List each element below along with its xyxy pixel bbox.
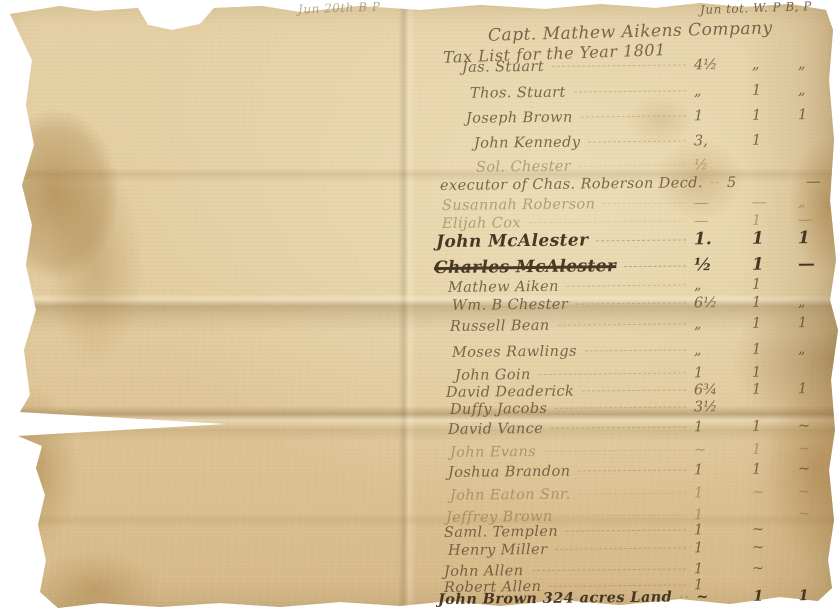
- tax-value-col2: 1: [752, 418, 798, 434]
- taxpayer-name: Moses Rawlings: [452, 344, 577, 361]
- taxpayer-name: John Evans: [450, 444, 536, 461]
- tax-value-col1: „: [694, 277, 752, 294]
- tax-value-col3: „: [798, 56, 832, 72]
- tax-value-col1: 6¾: [694, 382, 752, 399]
- tax-row: Wm. B Chester 6½ 1 „: [430, 294, 832, 318]
- tax-value-col3: 1: [798, 315, 832, 331]
- tax-list: Jas. Stuart 4½ „ „ Thos. Stuart „ 1 „ Jo…: [0, 0, 840, 611]
- leader-line: [555, 547, 686, 549]
- leader-line: [588, 140, 686, 142]
- tax-value-col2: 1: [753, 587, 798, 604]
- leader-line: [539, 372, 686, 375]
- tax-value-col2: 1: [752, 132, 798, 148]
- tax-value-col2: 1: [752, 254, 798, 274]
- tax-value-col3: „: [798, 294, 832, 310]
- tax-row: John Brown 324 acres Land ~ 1 1: [430, 587, 832, 611]
- leader-line: [544, 449, 686, 451]
- tax-value-col1: 1: [694, 365, 752, 382]
- taxpayer-name: Jas. Stuart: [462, 59, 544, 76]
- tax-value-col2: 1: [752, 107, 798, 123]
- tax-value-col3: —: [798, 254, 832, 274]
- leader-line: [596, 239, 686, 241]
- leader-line: [558, 323, 686, 325]
- taxpayer-name: John Allen: [444, 563, 524, 580]
- leader-line: [574, 90, 686, 92]
- tax-row: David Vance 1 1 ~: [430, 418, 832, 442]
- tax-value-col3: —: [798, 212, 832, 228]
- tax-value-col3: ~: [798, 441, 832, 457]
- taxpayer-name: Sol. Chester: [476, 159, 571, 176]
- leader-line: [566, 529, 686, 531]
- tax-value-col1: 1: [694, 485, 752, 502]
- leader-line: [531, 568, 686, 571]
- tax-value-col3: 1: [798, 228, 832, 248]
- taxpayer-name: Russell Bean: [450, 318, 550, 335]
- tax-value-col2: 1: [752, 315, 798, 331]
- taxpayer-name: John Goin: [455, 367, 531, 384]
- leader-line: [603, 202, 686, 204]
- tax-value-col3: „: [798, 194, 832, 210]
- leader-line: [582, 389, 686, 391]
- tax-value-col1: 6½: [694, 295, 752, 312]
- leader-line: [552, 64, 686, 66]
- tax-value-col2: 1: [752, 276, 798, 292]
- taxpayer-name: Joshua Brandon: [448, 464, 571, 481]
- tax-value-col2: ~: [752, 539, 798, 555]
- taxpayer-name: Henry Miller: [448, 542, 548, 559]
- tax-value-col2: 1: [752, 381, 798, 397]
- tax-row: Russell Bean „ 1 1: [430, 315, 832, 339]
- tax-row: Moses Rawlings „ 1 „: [430, 341, 832, 365]
- taxpayer-name: John McAlester: [436, 230, 589, 252]
- tax-value-col1: ½: [694, 255, 752, 276]
- tax-value-col1: 4½: [694, 57, 752, 74]
- tax-row: Charles McAlester ½ 1 —: [430, 254, 832, 278]
- tax-row: Thos. Stuart „ 1 „: [430, 82, 832, 106]
- taxpayer-name: David Vance: [448, 421, 543, 438]
- leader-line: [555, 406, 686, 408]
- leader-line: [567, 284, 686, 286]
- tax-value-col3: 1: [798, 381, 832, 397]
- taxpayer-name: Charles McAlester: [434, 256, 616, 278]
- tax-value-col3: ~: [798, 418, 832, 434]
- leader-line: [624, 265, 686, 267]
- leader-line: [561, 514, 686, 516]
- tax-value-col3: ~: [798, 461, 832, 477]
- tax-value-col1: —: [694, 213, 752, 230]
- leader-line: [529, 220, 686, 223]
- tax-value-col3: ~: [798, 484, 832, 500]
- taxpayer-name: Joseph Brown: [466, 110, 573, 127]
- tax-value-col1: 1: [694, 522, 752, 539]
- tax-value-col1: „: [694, 83, 752, 100]
- tax-value-col2: 1: [752, 294, 798, 310]
- tax-value-col1: ~: [694, 442, 752, 459]
- tax-value-col2: 1: [752, 341, 798, 357]
- tax-value-col2: ~: [752, 560, 798, 576]
- leader-line: [581, 115, 686, 117]
- leader-line: [549, 584, 686, 586]
- taxpayer-name: Thos. Stuart: [470, 85, 566, 102]
- tax-value-col2: 1: [752, 228, 798, 248]
- leader-line: [551, 426, 686, 428]
- tax-value-col1: 1: [694, 108, 752, 125]
- tax-row: John Kennedy 3, 1: [430, 132, 832, 156]
- tax-value-col1: 1: [694, 561, 752, 578]
- tax-value-col1: 1: [694, 540, 752, 557]
- tax-value-col1: ~: [696, 588, 753, 606]
- tax-value-col1: ½: [694, 157, 752, 174]
- scanned-document: Jun 20th B P Jun tot. W. P B, P Capt. Ma…: [0, 0, 840, 611]
- tax-row: Joshua Brandon 1 1 ~: [430, 461, 832, 485]
- taxpayer-name: executor of Chas. Roberson Decd.: [440, 175, 703, 194]
- tax-value-col1: —: [694, 195, 752, 212]
- tax-value-col1: „: [694, 316, 752, 333]
- tax-value-col2: 1: [752, 82, 798, 98]
- tax-value-col3: „: [798, 341, 832, 357]
- taxpayer-name: David Deaderick: [446, 384, 574, 401]
- tax-value-col1: 3,: [694, 133, 752, 150]
- tax-value-col2: ~: [752, 484, 798, 500]
- tax-row: Jas. Stuart 4½ „ „: [430, 56, 832, 80]
- tax-value-col3: 1: [798, 587, 832, 604]
- tax-value-col1: 1: [694, 419, 752, 436]
- taxpayer-name: Duffy Jacobs: [450, 401, 548, 418]
- taxpayer-name: John Kennedy: [474, 135, 581, 152]
- taxpayer-name: Wm. B Chester: [452, 297, 568, 314]
- tax-row: Joseph Brown 1 1 1: [430, 107, 832, 131]
- tax-value-col1: „: [694, 342, 752, 359]
- taxpayer-name: John Eaton Snr.: [450, 487, 571, 504]
- taxpayer-name: Mathew Aiken: [448, 279, 559, 296]
- tax-value-col1: 5: [727, 175, 771, 191]
- tax-value-col3: ~: [798, 506, 832, 522]
- tax-value-col2: 1: [752, 364, 798, 380]
- taxpayer-name: Elijah Cox: [442, 215, 521, 232]
- tax-value-col3: —: [806, 174, 832, 190]
- tax-value-col3: 1: [798, 107, 832, 123]
- tax-value-col2: 1: [752, 461, 798, 477]
- tax-value-col2: 1: [752, 441, 798, 457]
- leader-line: [585, 349, 686, 351]
- tax-value-col2: ~: [752, 521, 798, 537]
- taxpayer-name: Susannah Roberson: [442, 196, 596, 214]
- tax-value-col1: 1: [694, 462, 752, 479]
- leader-line: [576, 302, 686, 304]
- tax-value-col2: 1: [752, 212, 798, 228]
- leader-line: [711, 182, 719, 183]
- tax-value-col1: 1.: [694, 229, 752, 250]
- tax-value-col2: „: [752, 56, 798, 72]
- tax-row: John Eaton Snr. 1 ~ ~: [430, 484, 832, 508]
- tax-value-col2: —: [752, 194, 798, 210]
- leader-line: [579, 164, 686, 166]
- tax-value-col3: „: [798, 82, 832, 98]
- leader-line: [680, 596, 688, 597]
- tax-row: John McAlester 1. 1 1: [430, 228, 832, 252]
- leader-line: [579, 492, 686, 494]
- leader-line: [578, 469, 686, 471]
- taxpayer-name: Saml. Templen: [444, 524, 558, 541]
- tax-value-col1: 3½: [694, 399, 752, 416]
- taxpayer-name: John Brown 324 acres Land: [438, 589, 672, 608]
- tax-row: Henry Miller 1 ~: [430, 539, 832, 563]
